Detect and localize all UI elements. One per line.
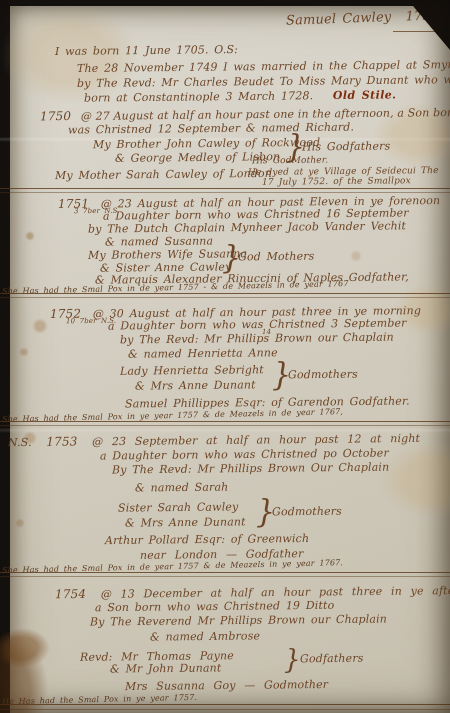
separator-rule-1 (0, 188, 450, 189)
separator-rule-3 (0, 421, 450, 422)
entry-1752-godmother-2: & Mrs Anne Dunant (135, 378, 256, 392)
intro-line-1: I was born 11 June 1705. O.S: (55, 43, 238, 58)
separator-rule-5b (0, 709, 450, 710)
entry-1753-godmother-1: Sister Sarah Cawley (118, 500, 238, 514)
separator-rule-2 (0, 293, 450, 294)
separator-rule-4b (0, 576, 450, 577)
entry-1750-year: 1750 (40, 109, 71, 123)
old-stile-note: Old Stile. (333, 88, 397, 102)
entry-1754-godfathers-label: Godfathers (300, 652, 364, 666)
entry-1753-year: 1753 (46, 434, 77, 448)
separator-rule-4 (0, 572, 450, 573)
entry-1750-godmother-label: His GodMother. (252, 156, 328, 167)
entry-1754-brace: } (284, 646, 301, 673)
entry-1754-christening-line: a Son born who was Christned 19 Ditto (95, 599, 334, 615)
entry-1753-godmothers-label: Godmothers (272, 505, 342, 519)
entry-1754-year: 1754 (55, 587, 86, 601)
entry-1754-godmother: Mrs Susanna Goy — Godmother (125, 678, 328, 693)
entry-1752-name-line: & named Henrietta Anne (128, 346, 278, 361)
separator-rule-2b (0, 297, 450, 298)
entry-1754-godfather-2: & Mr John Dunant (110, 661, 222, 675)
entry-1753-new-style-prefix: N.S. (8, 436, 32, 449)
entry-1751-name-line: & named Susanna (105, 234, 213, 248)
entry-1752-godmother-1: Lady Henrietta Sebright (120, 363, 264, 378)
entry-1754-name-line: & named Ambrose (150, 629, 260, 643)
manuscript-photo: Samuel Cawley 1750 I was born 11 June 17… (0, 0, 450, 713)
entry-1750-death-note-2: 17 July 1752. of the Smallpox (262, 176, 411, 188)
entry-1753-godmother-2: & Mrs Anne Dunant (125, 515, 246, 529)
entry-1753-godfather-1: Arthur Pollard Esqr: of Greenwich (105, 532, 309, 547)
separator-rule-3b (0, 425, 450, 426)
entry-1750-godmother: My Mother Sarah Cawley of London (55, 167, 272, 182)
entry-1752-godmothers-label: Godmothers (288, 368, 358, 382)
entry-1751-godmothers-label: God Mothers (238, 250, 315, 264)
entry-1753-name-line: & named Sarah (135, 481, 228, 495)
entry-1750-godfathers-label: His Godfathers (302, 140, 390, 154)
separator-rule-5 (0, 704, 450, 705)
intro-line-4-text: born at Constantinople 3 March 1728. (84, 89, 313, 104)
